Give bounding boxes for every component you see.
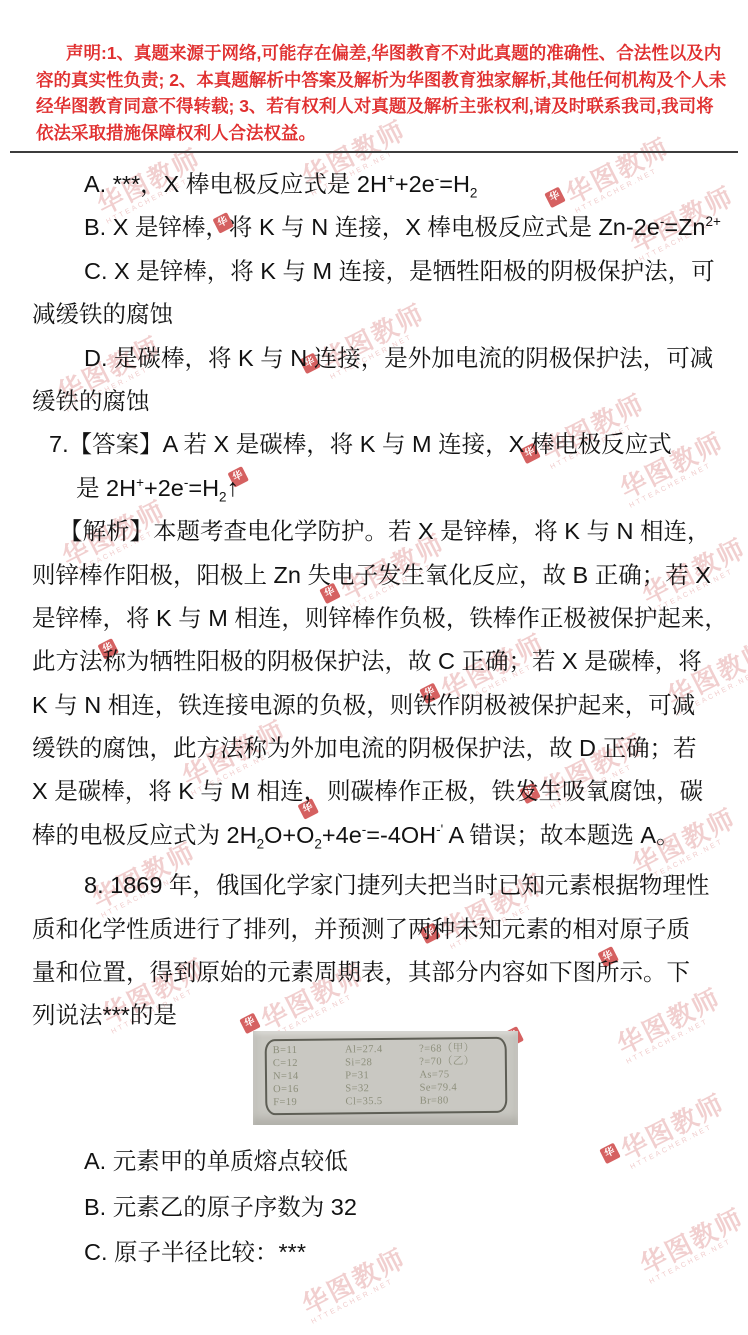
q7-option-a: A. ***，X 棒电极反应式是 2H++2e-=H2: [32, 163, 722, 206]
document-page: 华图教师HTTEACHER.NET华图教师HTTEACHER.NET华华图教师H…: [0, 0, 748, 1335]
table-cell: Se=79.4: [419, 1081, 505, 1095]
q8-options: A. 元素甲的单质熔点较低B. 元素乙的原子序数为 32C. 原子半径比较：**…: [32, 1139, 722, 1276]
table-cell: ?=68（甲）: [419, 1042, 505, 1056]
disclaimer: 声明:1、真题来源于网络,可能存在偏差,华图教育不对此真题的准确性、合法性以及内…: [36, 40, 722, 146]
disclaimer-line: 经华图教育同意不得转载; 3、若有权利人对真题及解析主张权利,请及时联系我司,我…: [36, 93, 722, 120]
table-cell: N=14: [273, 1069, 345, 1083]
table-cell: ?=70（乙）: [419, 1055, 505, 1069]
q7-analysis-l3: 是锌棒，将 K 与 M 相连，则锌棒作负极，铁棒作正极被保护起来，: [32, 597, 722, 640]
table-cell: O=16: [273, 1082, 345, 1096]
q8-option-b: B. 元素乙的原子序数为 32: [32, 1185, 722, 1231]
table-cell: B=11: [273, 1043, 345, 1057]
disclaimer-line: 依法采取措施保障权利人合法权益。: [36, 120, 722, 147]
table-cell: F=19: [273, 1095, 345, 1109]
periodic-table-frame: B=11Al=27.4?=68（甲）C=12Si=28?=70（乙）N=14P=…: [265, 1037, 508, 1116]
q7-option-b: B. X 是锌棒，将 K 与 N 连接，X 棒电极反应式是 Zn-2e-=Zn2…: [32, 206, 722, 249]
table-cell: Cl=35.5: [345, 1095, 419, 1109]
body-text: A. ***，X 棒电极反应式是 2H++2e-=H2B. X 是锌棒，将 K …: [32, 163, 722, 1038]
disclaimer-lead: 声明:: [66, 43, 107, 63]
q7-analysis-l4: 此方法称为牺牲阳极的阴极保护法，故 C 正确；若 X 是碳棒，将: [32, 640, 722, 683]
q7-analysis-l8: 棒的电极反应式为 2H2O+O2+4e-=-4OH-' A 错误；故本题选 A。: [32, 814, 722, 857]
q8-stem-l2: 质和化学性质进行了排列，并预测了两种未知元素的相对原子质: [32, 908, 722, 951]
q7-analysis-l2: 则锌棒作阳极，阳极上 Zn 失电子发生氧化反应，故 B 正确；若 X: [32, 554, 722, 597]
table-cell: P=31: [345, 1069, 419, 1083]
q7-analysis-l6: 缓铁的腐蚀，此方法称为外加电流的阴极保护法，故 D 正确；若: [32, 727, 722, 770]
table-cell: S=32: [345, 1082, 419, 1096]
table-cell: C=12: [273, 1056, 345, 1070]
q7-analysis-l1: 【解析】本题考查电化学防护。若 X 是锌棒，将 K 与 N 相连，: [32, 510, 722, 553]
watermark-subtext: HTTEACHER.NET: [310, 1268, 414, 1327]
q8-option-a: A. 元素甲的单质熔点较低: [32, 1139, 722, 1185]
q8-stem-l3: 量和位置，得到原始的元素周期表，其部分内容如下图所示。下: [32, 951, 722, 994]
horizontal-rule: [10, 151, 738, 153]
q7-option-d-cont: 缓铁的腐蚀: [32, 380, 722, 423]
table-cell: Si=28: [345, 1056, 419, 1070]
q7-option-d: D. 是碳棒，将 K 与 N 连接，是外加电流的阴极保护法，可减: [32, 337, 722, 380]
table-cell: Br=80: [420, 1094, 506, 1108]
table-cell: As=75: [419, 1068, 505, 1082]
disclaimer-text: 1、真题来源于网络,可能存在偏差,华图教育不对此真题的准确性、合法性以及内: [107, 43, 721, 63]
periodic-table-image: B=11Al=27.4?=68（甲）C=12Si=28?=70（乙）N=14P=…: [253, 1031, 518, 1125]
table-cell: Al=27.4: [345, 1043, 419, 1057]
q8-option-c: C. 原子半径比较：***: [32, 1230, 722, 1276]
q7-answer-cont: 是 2H++2e-=H2↑: [32, 467, 722, 510]
disclaimer-line: 声明:1、真题来源于网络,可能存在偏差,华图教育不对此真题的准确性、合法性以及内: [36, 40, 722, 67]
q7-answer: 7.【答案】A 若 X 是碳棒，将 K 与 M 连接，X 棒电极反应式: [32, 423, 722, 466]
q7-option-c-cont: 减缓铁的腐蚀: [32, 293, 722, 336]
q7-analysis-l5: K 与 N 相连，铁连接电源的负极，则铁作阴极被保护起来，可减: [32, 684, 722, 727]
q7-analysis-l7: X 是碳棒，将 K 与 M 相连，则碳棒作正极，铁发生吸氧腐蚀，碳: [32, 770, 722, 813]
disclaimer-line: 容的真实性负责; 2、本真题解析中答案及解析为华图教育独家解析,其他任何机构及个…: [36, 67, 722, 94]
q8-stem-l1: 8. 1869 年，俄国化学家门捷列夫把当时已知元素根据物理性: [32, 864, 722, 907]
q7-option-c: C. X 是锌棒，将 K 与 M 连接，是牺牲阳极的阴极保护法，可: [32, 250, 722, 293]
table-row: F=19Cl=35.5Br=80: [273, 1094, 505, 1109]
